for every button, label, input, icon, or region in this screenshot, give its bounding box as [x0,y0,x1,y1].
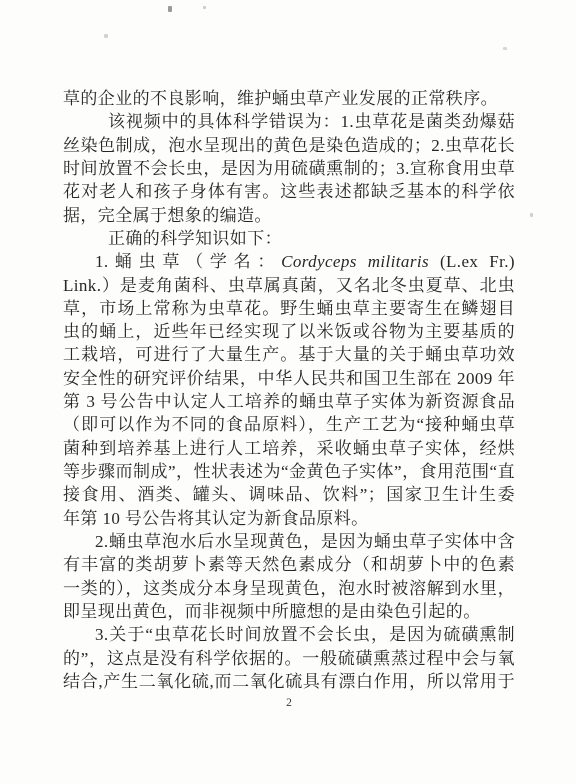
text-line: （即可以作为不同的食品原料），生产工艺为“接种蛹虫草 [63,413,515,436]
text-line: 接食用、酒类、罐头、调味品、饮料”；国家卫生计生委 2014 [63,483,515,506]
text-line: 工栽培，可进行了大量生产。基于大量的关于蛹虫草功效和 [63,343,515,366]
text-line: 丝染色制成，泡水呈现出的黄色是染色造成的；2.虫草花长 [63,134,515,157]
text-line: 一类的），这类成分本身呈现黄色，泡水时被溶解到水里， [63,577,515,600]
text-line: 正确的科学知识如下： [63,227,515,250]
text-run: (L.ex Fr.) [429,252,515,271]
text-run: 正确的科学知识如下： [108,229,282,248]
text-line: 即呈现出黄色，而非视频中所臆想的是由染色引起的。 [63,600,515,623]
text-run: 接食用、酒类、罐头、调味品、饮料”；国家卫生计生委 2014 [63,485,515,506]
text-line: 虫的蛹上，近些年已经实现了以米饭或谷物为主要基质的人 [63,320,515,343]
scan-speck-icon [198,437,201,440]
text-run: 丝染色制成，泡水呈现出的黄色是染色造成的；2.虫草花长 [63,136,515,155]
text-line: Link.）是麦角菌科、虫草属真菌，又名北冬虫夏草、北虫 [63,274,515,297]
scan-speck-icon [104,34,108,38]
text-run: （即可以作为不同的食品原料），生产工艺为“接种蛹虫草 [63,415,515,434]
text-line: 花对老人和孩子身体有害。这些表述都缺乏基本的科学依 [63,180,515,203]
text-line: 2.蛹虫草泡水后水呈现黄色，是因为蛹虫草子实体中含 [63,530,515,553]
text-line: 等步骤而制成”，性状表述为“金黄色子实体”，食用范围“直 [63,460,515,483]
text-run: 据，完全属于想象的编造。 [63,206,272,225]
text-line: 菌种到培养基上进行人工培养，采收蛹虫草子实体，经烘干 [63,437,515,460]
text-run: 菌种到培养基上进行人工培养，采收蛹虫草子实体，经烘干 [63,439,515,460]
text-run: 草的企业的不良影响，维护蛹虫草产业发展的正常秩序。 [63,89,498,108]
text-line: 有丰富的类胡萝卜素等天然色素成分（和胡萝卜中的色素是 [63,553,515,576]
page-number: 2 [63,697,515,709]
text-line: 1.蛹虫草（学名：Cordyceps militaris (L.ex Fr.) [63,250,515,273]
document-body: 草的企业的不良影响，维护蛹虫草产业发展的正常秩序。该视频中的具体科学错误为：1.… [63,87,515,693]
text-line: 时间放置不会长虫，是因为用硫磺熏制的；3.宣称食用虫草 [63,157,515,180]
scan-speck-icon [144,511,147,514]
text-run: 花对老人和孩子身体有害。这些表述都缺乏基本的科学依 [63,182,515,201]
scan-speck-icon [530,213,533,217]
text-run: 安全性的研究评价结果，中华人民共和国卫生部在 2009 年 [63,369,515,388]
text-line: 安全性的研究评价结果，中华人民共和国卫生部在 2009 年 [63,367,515,390]
text-run: 3.关于“虫草花长时间放置不会长虫，是因为硫磺熏制 [95,625,515,644]
text-run: Link.）是麦角菌科、虫草属真菌，又名北冬虫夏草、北虫 [63,276,515,295]
text-run: 年第 10 号公告将其认定为新食品原料。 [63,509,369,528]
text-run: 虫的蛹上，近些年已经实现了以米饭或谷物为主要基质的人 [63,322,515,343]
text-run: 等步骤而制成”，性状表述为“金黄色子实体”，食用范围“直 [63,462,515,481]
text-line: 该视频中的具体科学错误为：1.虫草花是菌类劲爆菇切 [63,110,515,133]
text-run: 1.蛹虫草（学名： [95,252,281,271]
text-run: 工栽培，可进行了大量生产。基于大量的关于蛹虫草功效和 [63,345,515,366]
scan-speck-icon [503,47,507,50]
latin-species-name: Cordyceps militaris [281,252,429,271]
scan-speck-icon [203,6,206,9]
text-line: 结合,产生二氧化硫,而二氧化硫具有漂白作用，所以常用于 [63,670,515,693]
text-run: 草，市场上常称为虫草花。野生蛹虫草主要寄生在鳞翅目昆 [63,299,515,320]
text-line: 年第 10 号公告将其认定为新食品原料。 [63,507,515,530]
text-run: 即呈现出黄色，而非视频中所臆想的是由染色引起的。 [63,602,481,621]
text-line: 3.关于“虫草花长时间放置不会长虫，是因为硫磺熏制 [63,623,515,646]
text-line: 据，完全属于想象的编造。 [63,204,515,227]
text-run: 的”，这点是没有科学依据的。一般硫磺熏蒸过程中会与氧 [63,649,515,668]
text-line: 第 3 号公告中认定人工培养的蛹虫草子实体为新资源食品 [63,390,515,413]
document-page: 草的企业的不良影响，维护蛹虫草产业发展的正常秩序。该视频中的具体科学错误为：1.… [0,0,576,784]
text-run: 有丰富的类胡萝卜素等天然色素成分（和胡萝卜中的色素是 [63,555,515,576]
text-run: 2.蛹虫草泡水后水呈现黄色，是因为蛹虫草子实体中含 [95,532,515,551]
text-run: 该视频中的具体科学错误为：1.虫草花是菌类劲爆菇切 [108,112,515,133]
text-line: 草的企业的不良影响，维护蛹虫草产业发展的正常秩序。 [63,87,515,110]
scan-speck-icon [168,6,172,12]
text-run: 一类的），这类成分本身呈现黄色，泡水时被溶解到水里， [63,579,515,598]
text-run: 第 3 号公告中认定人工培养的蛹虫草子实体为新资源食品 [63,392,515,411]
text-line: 的”，这点是没有科学依据的。一般硫磺熏蒸过程中会与氧 [63,647,515,670]
text-run: 结合,产生二氧化硫,而二氧化硫具有漂白作用，所以常用于 [63,672,515,691]
text-run: 时间放置不会长虫，是因为用硫磺熏制的；3.宣称食用虫草 [63,159,515,178]
text-line: 草，市场上常称为虫草花。野生蛹虫草主要寄生在鳞翅目昆 [63,297,515,320]
